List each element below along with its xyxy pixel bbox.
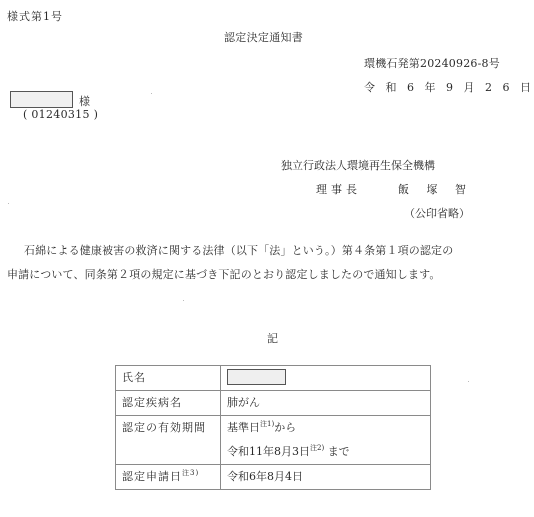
- validity-end-suffix: まで: [328, 445, 350, 458]
- scan-speck: [8, 203, 9, 204]
- sender-position: 理事長: [316, 181, 361, 197]
- validity-start-suffix: から: [274, 421, 296, 434]
- table-value-disease: 肺がん: [221, 391, 431, 416]
- scan-speck: [468, 381, 469, 382]
- document-title: 認定決定通知書: [224, 29, 303, 45]
- scan-speck: [151, 93, 152, 94]
- scan-speck: [183, 300, 184, 301]
- application-date-label: 認定申請日: [122, 470, 182, 483]
- table-row: 認定申請日注3) 令和6年8月4日: [116, 465, 431, 490]
- footnote-2: 注2): [310, 444, 324, 452]
- recipient-id: ( 01240315 ): [23, 108, 98, 121]
- table-label-name: 氏名: [116, 366, 221, 391]
- validity-start: 基準日注1)から: [227, 416, 430, 440]
- sender-organization: 独立行政法人環境再生保全機構: [281, 157, 435, 173]
- table-value-application-date: 令和6年8月4日: [221, 465, 431, 490]
- table-value-validity-period: 基準日注1)から 令和11年8月3日注2) まで: [221, 416, 431, 465]
- name-redacted: [227, 369, 286, 385]
- document-date: 令 和 6 年 9 月 2 6 日: [364, 79, 531, 95]
- validity-end: 令和11年8月3日注2) まで: [227, 440, 430, 464]
- table-label-validity-period: 認定の有効期間: [116, 416, 221, 465]
- table-label-disease: 認定疾病名: [116, 391, 221, 416]
- table-label-application-date: 認定申請日注3): [116, 465, 221, 490]
- table-row: 氏名: [116, 366, 431, 391]
- validity-end-text: 令和11年8月3日: [227, 445, 310, 458]
- table-row: 認定の有効期間 基準日注1)から 令和11年8月3日注2) まで: [116, 416, 431, 465]
- table-row: 認定疾病名 肺がん: [116, 391, 431, 416]
- seal-note: （公印省略）: [404, 205, 470, 221]
- footnote-1: 注1): [260, 420, 274, 428]
- form-number: 様式第1号: [7, 8, 63, 24]
- certification-table: 氏名 認定疾病名 肺がん 認定の有効期間 基準日注1)から 令和11年8月3日注…: [115, 365, 431, 490]
- recipient-name-redacted: [10, 91, 73, 108]
- body-text-line-1: 石綿による健康被害の救済に関する法律（以下「法」という。）第４条第１項の認定の: [24, 242, 453, 258]
- recipient-honorific: 様: [79, 93, 90, 109]
- document-number: 環機石発第20240926-8号: [364, 55, 500, 71]
- ki-heading: 記: [267, 330, 278, 346]
- footnote-3: 注3): [182, 469, 199, 477]
- validity-start-text: 基準日: [227, 421, 260, 434]
- sender-name: 飯 塚 智: [398, 181, 469, 197]
- body-text-line-2: 申請について、同条第２項の規定に基づき下記のとおり認定しましたので通知します。: [7, 266, 441, 282]
- table-value-name: [221, 366, 431, 391]
